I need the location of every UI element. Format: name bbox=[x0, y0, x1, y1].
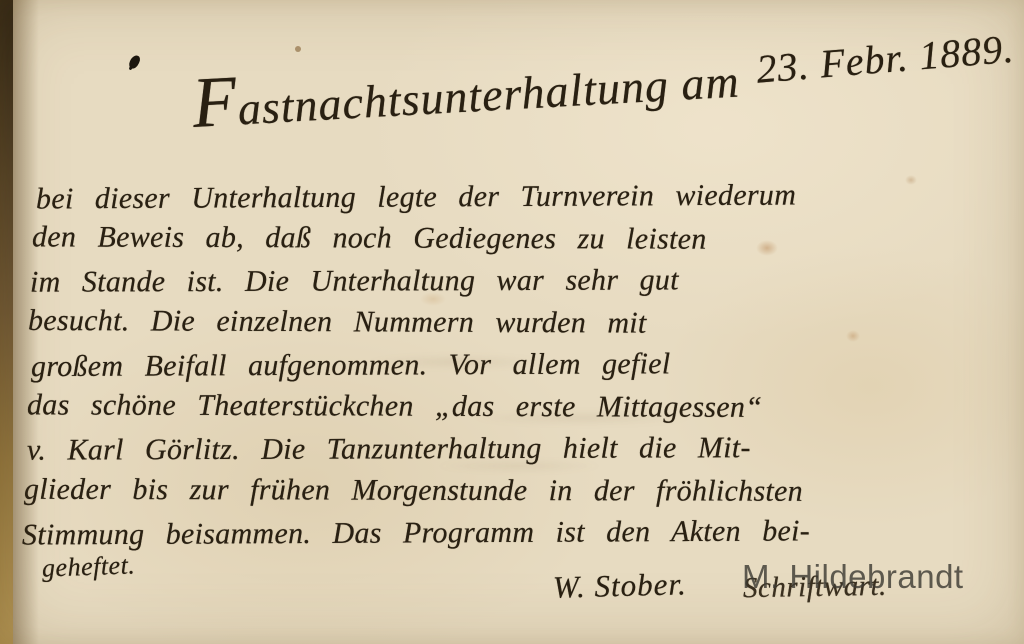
body-line: den Beweis ab, daß noch Gediegenes zu le… bbox=[32, 216, 982, 261]
body-line: bei dieser Unterhaltung legte der Turnve… bbox=[36, 174, 982, 221]
signature-name: W. Stober. bbox=[553, 566, 688, 605]
handwritten-body: bei dieser Unterhaltung legte der Turnve… bbox=[22, 176, 982, 554]
body-line: v. Karl Görlitz. Die Tanzunterhaltung hi… bbox=[27, 426, 982, 471]
watermark-text: M. Hildebrandt bbox=[742, 558, 964, 596]
title-date: 23. Febr. 1889. bbox=[755, 25, 1016, 93]
body-line: glieder bis zur frühen Morgenstunde in d… bbox=[24, 469, 982, 514]
page-title: Fastnachtsunterhaltung am 23. Febr. 1889… bbox=[191, 29, 1017, 138]
ink-blot bbox=[128, 54, 142, 70]
continuation-word: geheftet. bbox=[42, 550, 136, 583]
body-line: das schöne Theaterstückchen „das erste M… bbox=[27, 384, 982, 429]
body-line: besucht. Die einzelnen Nummern wurden mi… bbox=[28, 300, 982, 346]
book-binding-edge bbox=[0, 0, 13, 644]
title-text: Fastnachtsunterhaltung am bbox=[191, 44, 741, 137]
scanned-ledger-page: Fastnachtsunterhaltung am 23. Febr. 1889… bbox=[0, 0, 1024, 644]
body-line: im Stande ist. Die Unterhaltung war sehr… bbox=[30, 258, 982, 303]
paper-speck bbox=[295, 46, 301, 52]
body-line: großem Beifall aufgenommen. Vor allem ge… bbox=[31, 342, 982, 388]
body-line: Stimmung beisammen. Das Programm ist den… bbox=[22, 509, 982, 556]
